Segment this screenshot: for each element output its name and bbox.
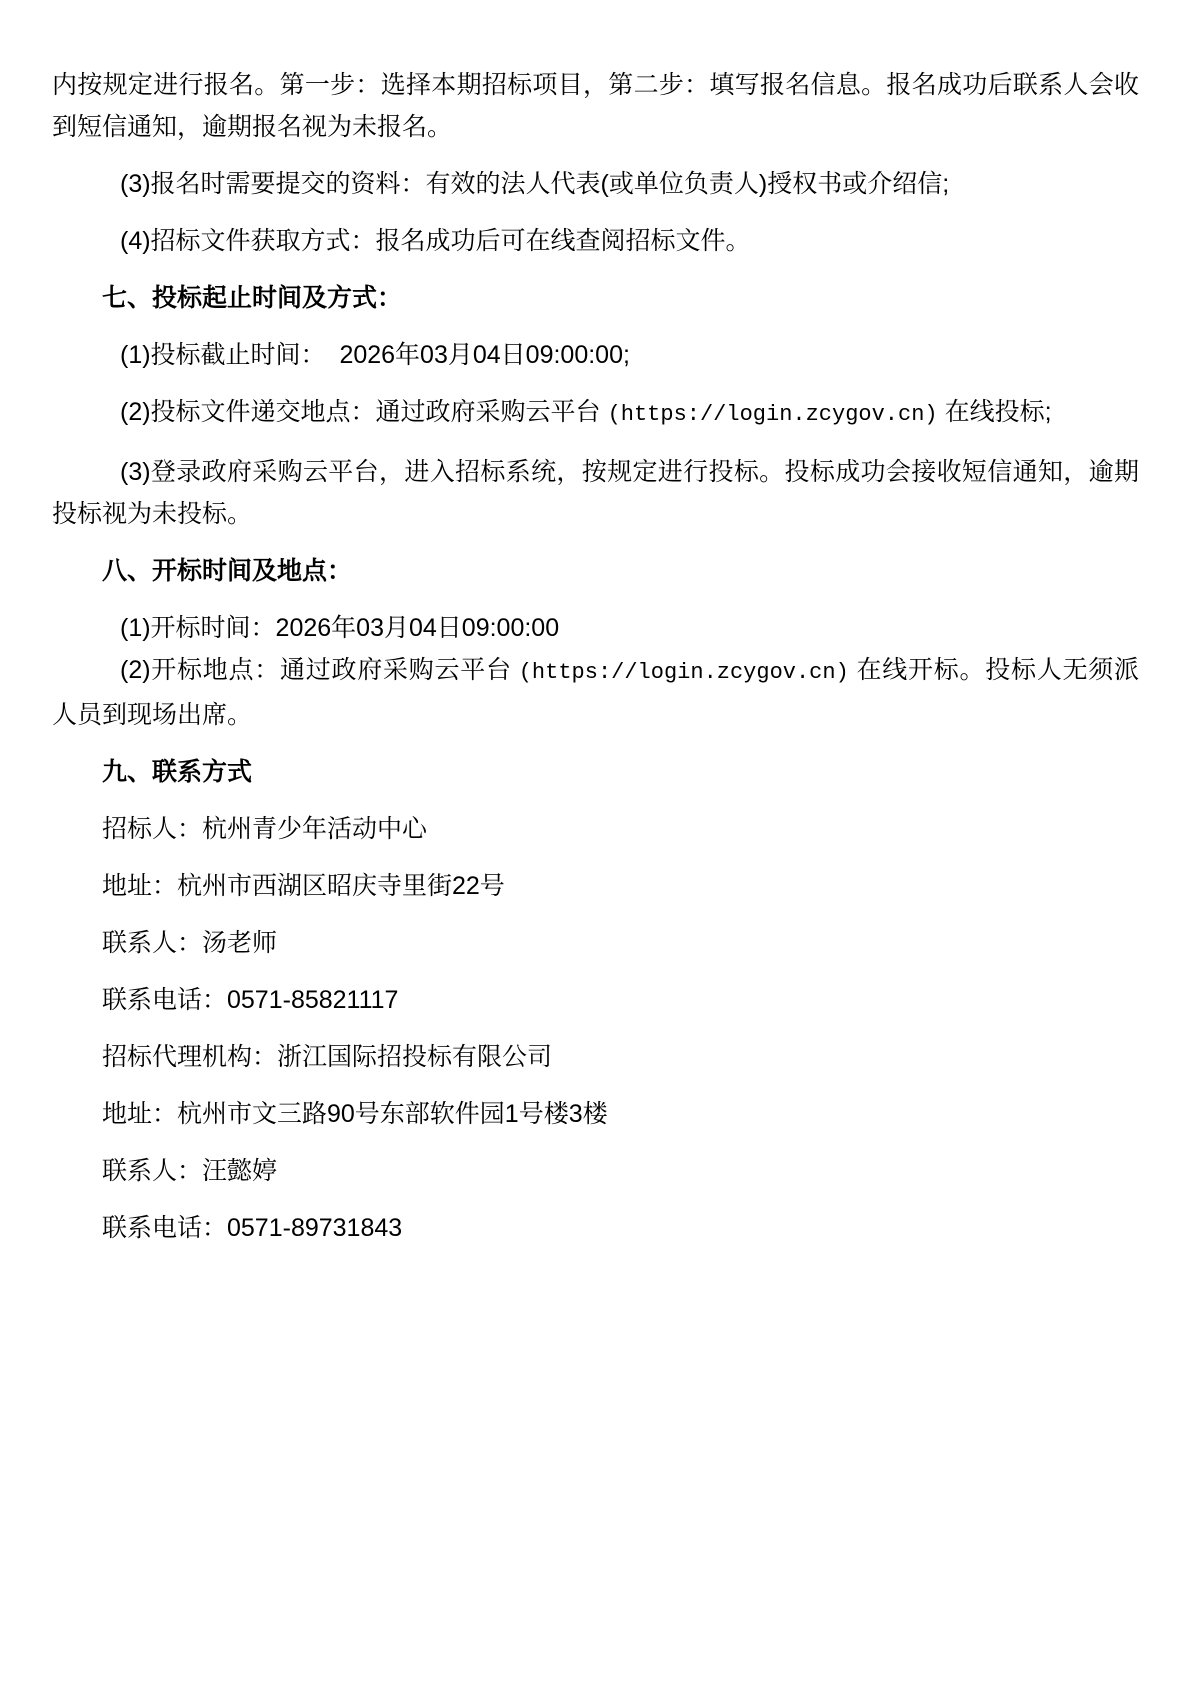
contact-agency-person: 联系人：汪懿婷 — [52, 1150, 1139, 1192]
contact-tenderer-name: 招标人：杭州青少年活动中心 — [52, 808, 1139, 850]
contact-tenderer-address: 地址：杭州市西湖区昭庆寺里街22号 — [52, 865, 1139, 907]
paragraph-registration-continuation: 内按规定进行报名。第一步：选择本期招标项目，第二步：填写报名信息。报名成功后联系… — [52, 64, 1139, 148]
contact-agency-phone: 联系电话：0571-89731843 — [52, 1207, 1139, 1249]
contact-tenderer-phone: 联系电话：0571-85821117 — [52, 979, 1139, 1021]
heading-section-9-contact: 九、联系方式 — [52, 751, 1139, 793]
tender-document-page: 内按规定进行报名。第一步：选择本期招标项目，第二步：填写报名信息。报名成功后联系… — [0, 0, 1191, 1684]
paragraph-bid-submit-location: (2)投标文件递交地点：通过政府采购云平台(https://login.zcyg… — [52, 391, 1139, 436]
paragraph-open-time: (1)开标时间：2026年03月04日09:00:00 — [52, 607, 1139, 649]
heading-section-8-opening: 八、开标时间及地点： — [52, 550, 1139, 592]
procurement-platform-url: (https://login.zcygov.cn) — [608, 402, 938, 427]
procurement-platform-url: (https://login.zcygov.cn) — [519, 660, 849, 685]
bid-submit-location-suffix: 在线投标; — [945, 398, 1052, 426]
paragraph-registration-item-3: (3)报名时需要提交的资料：有效的法人代表(或单位负责人)授权书或介绍信; — [52, 163, 1139, 205]
bid-submit-location-text: (2)投标文件递交地点：通过政府采购云平台 — [120, 398, 601, 426]
contact-tenderer-person: 联系人：汤老师 — [52, 922, 1139, 964]
paragraph-registration-item-4: (4)招标文件获取方式：报名成功后可在线查阅招标文件。 — [52, 220, 1139, 262]
contact-agency-address: 地址：杭州市文三路90号东部软件园1号楼3楼 — [52, 1093, 1139, 1135]
contact-agency-name: 招标代理机构：浙江国际招投标有限公司 — [52, 1036, 1139, 1078]
paragraph-bid-procedure: (3)登录政府采购云平台，进入招标系统，按规定进行投标。投标成功会接收短信通知，… — [52, 451, 1139, 535]
heading-section-7-bid-period: 七、投标起止时间及方式： — [52, 277, 1139, 319]
open-location-text: (2)开标地点：通过政府采购云平台 — [120, 656, 512, 684]
paragraph-bid-deadline: (1)投标截止时间： 2026年03月04日09:00:00; — [52, 334, 1139, 376]
paragraph-open-location: (2)开标地点：通过政府采购云平台(https://login.zcygov.c… — [52, 649, 1139, 736]
